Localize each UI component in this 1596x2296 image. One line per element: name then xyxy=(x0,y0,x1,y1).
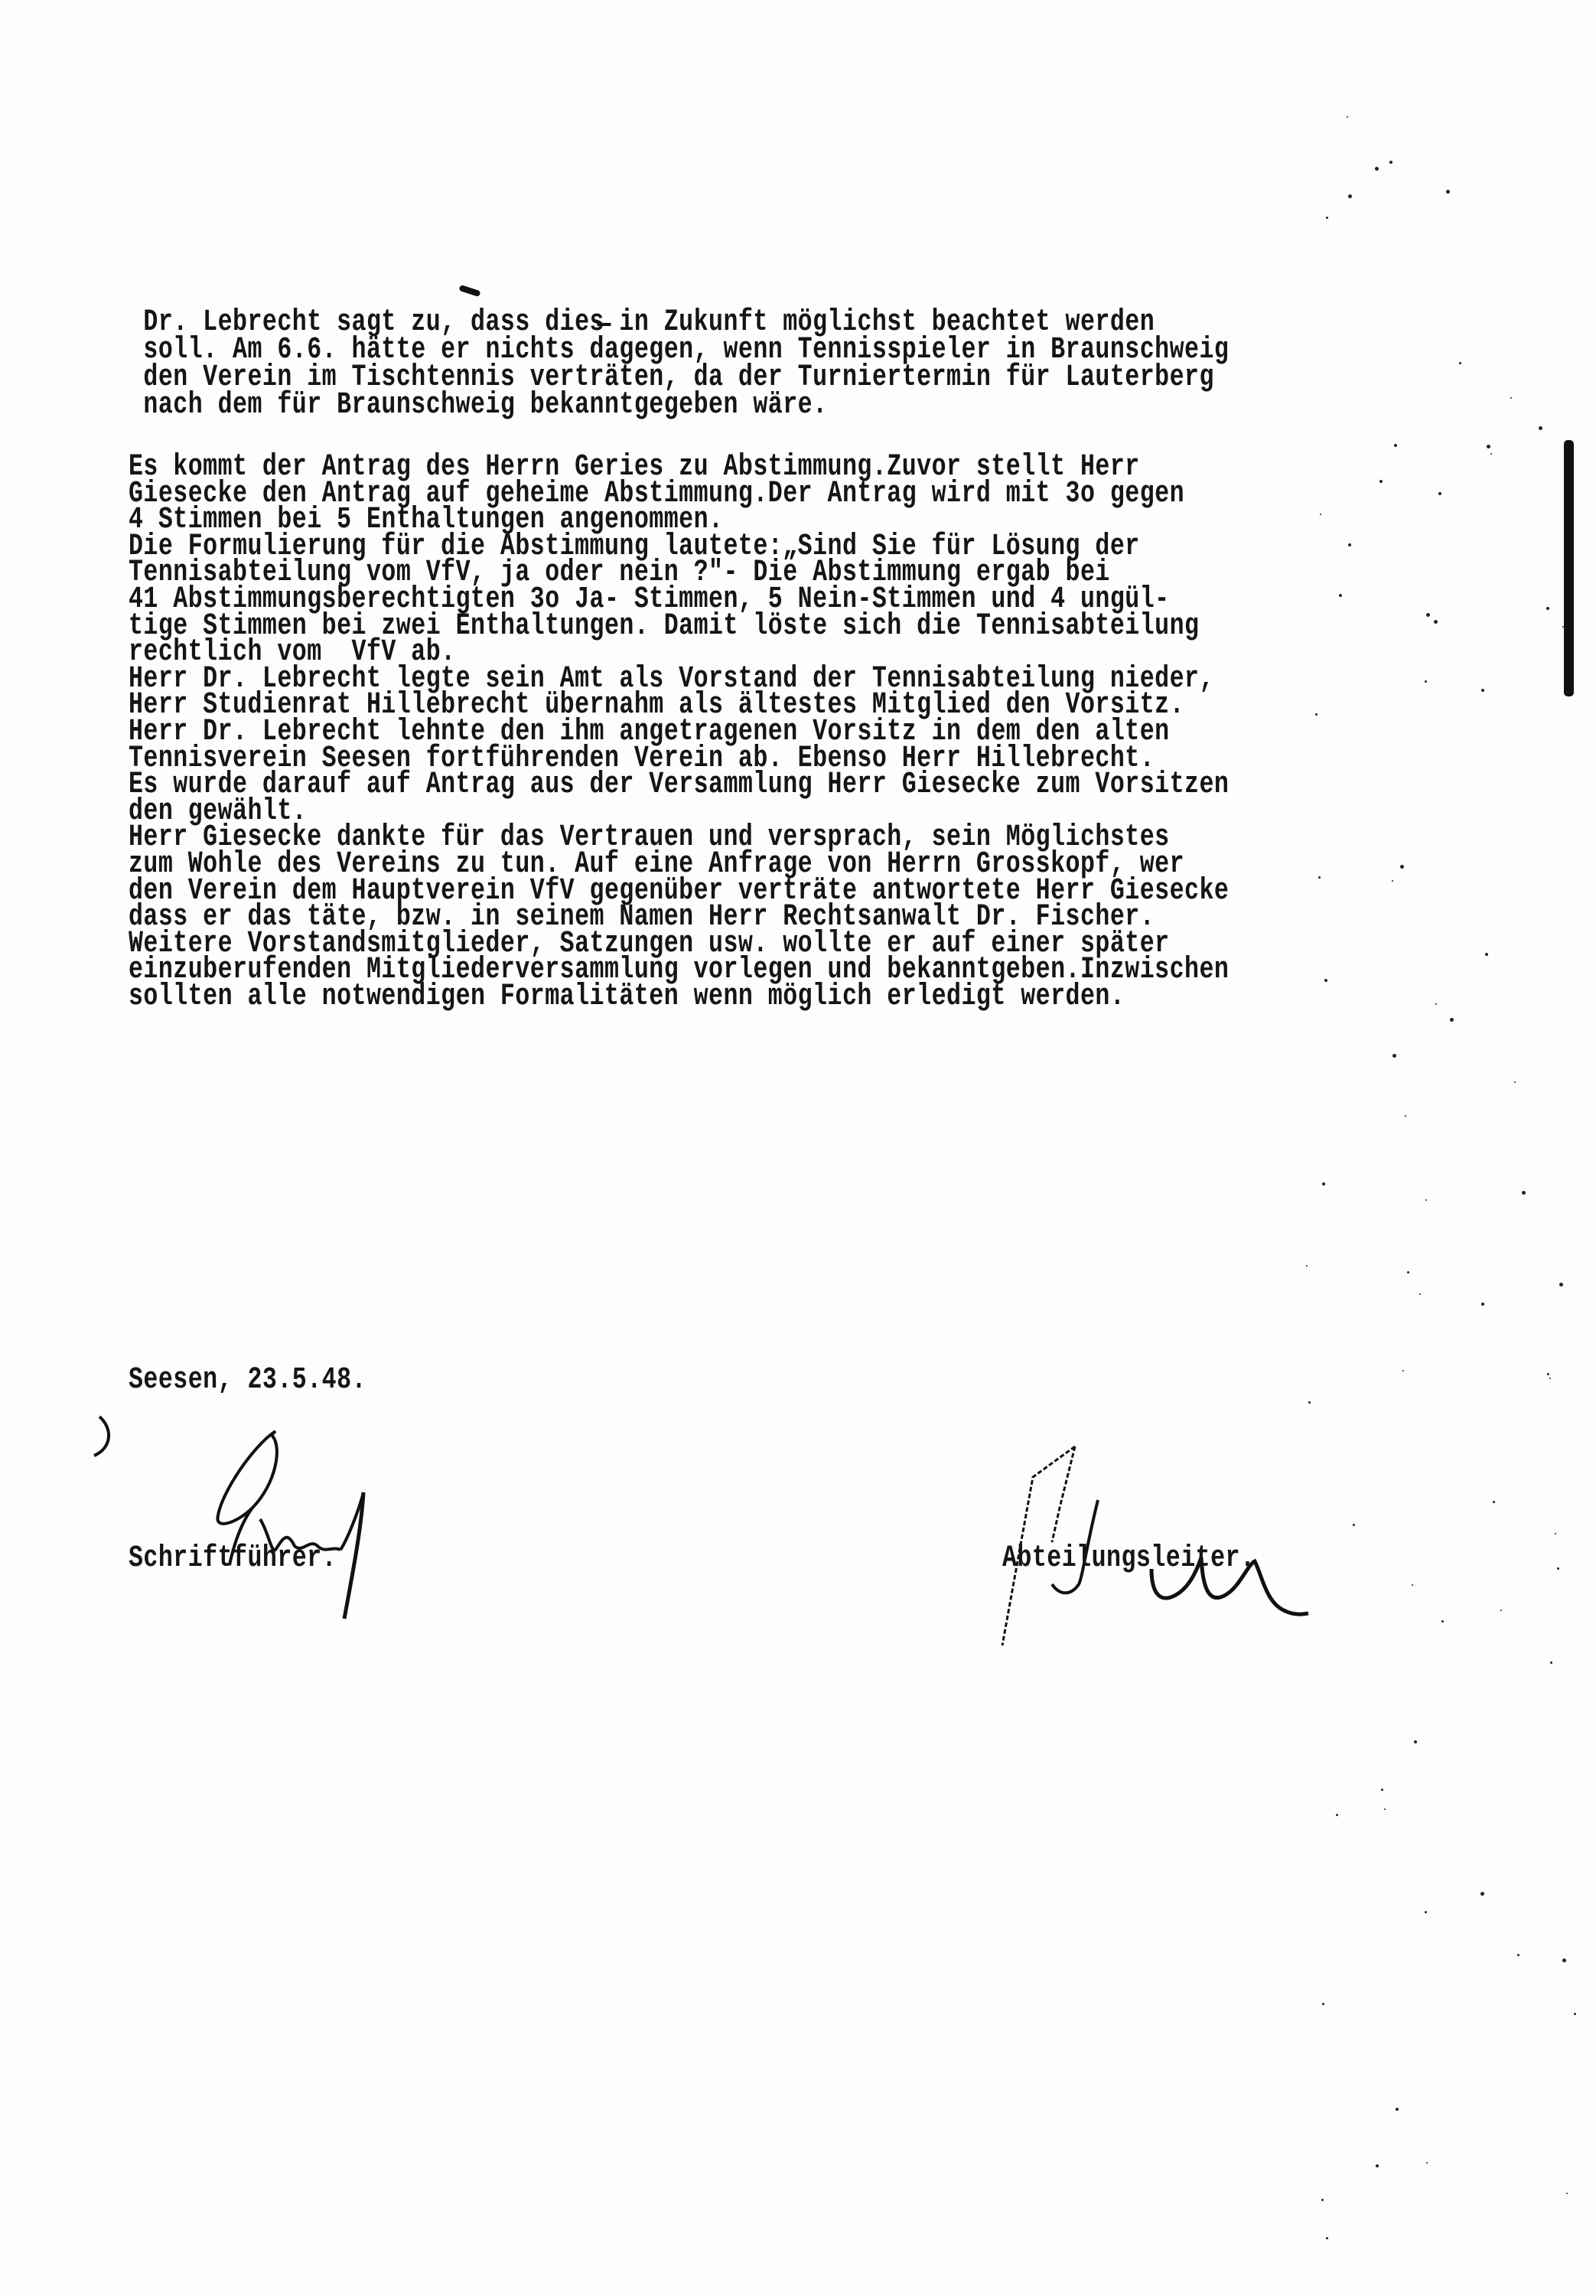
ink-mark xyxy=(458,285,480,297)
typed-line: sollten alle notwendigen Formalitäten we… xyxy=(129,984,1125,1010)
typed-line: Dr. Lebrecht sagt zu, dass dies̶ in Zuku… xyxy=(129,310,1155,336)
typed-line: nach dem für Braunschweig bekanntgegeben… xyxy=(129,393,828,419)
signature-role-secretary: Schriftführer. xyxy=(129,1546,337,1572)
signature-role-department-head: Abteilungsleiter. xyxy=(1002,1546,1255,1572)
margin-marker-bar xyxy=(1564,440,1574,696)
place-date: Seesen, 23.5.48. xyxy=(129,1368,366,1394)
typed-line: den Verein im Tischtennis verträten, da … xyxy=(129,365,1214,391)
typed-line: soll. Am 6.6. hätte er nichts dagegen, w… xyxy=(129,338,1229,364)
scanned-document-page: Dr. Lebrecht sagt zu, dass dies̶ in Zuku… xyxy=(0,0,1596,2296)
